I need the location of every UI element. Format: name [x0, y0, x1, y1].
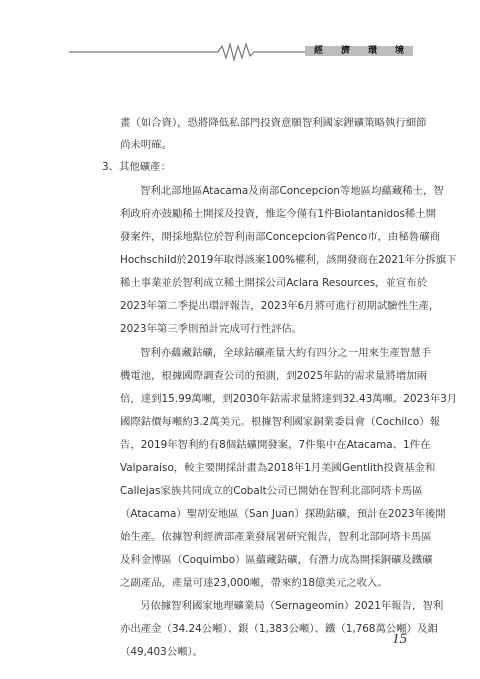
text-line: 智利北部地區Atacama及南部Concepcion等地區均蘊藏稀土，智 [140, 184, 444, 198]
text-line: 畫（如合資），恐將降低私部門投資意願智利國家鋰礦策略執行細節 [120, 116, 427, 130]
text-line: 倍，達到15.99萬噸，到2030年鈷需求量將達到32.43萬噸。2023年3月 [120, 392, 457, 406]
text-line: 亦出產金（34.24公噸）、銀（1,383公噸）、鐵（1,768萬公噸）及鉬 [120, 622, 438, 636]
text-line: Callejas家族共同成立的Cobalt公司已開始在智利北部阿塔卡馬區 [120, 484, 423, 498]
section-char: 環 [368, 46, 377, 56]
text-line: 發案件，開採地點位於智利南部Concepcion省Penco市，由秘魯礦商 [120, 230, 440, 244]
page-number: 15 [392, 631, 407, 648]
section-char: 境 [395, 46, 404, 56]
text-line: 始生產。依據智利經濟部產業發展署研究報告，智利北部阿塔卡馬區 [120, 530, 432, 544]
header-rule-with-zigzag-icon [0, 0, 480, 70]
text-line: 2023年第二季提出環評報告，2023年6月將可進行初期試驗性生產， [120, 299, 439, 313]
text-line: 另依據智利國家地理礦業局（Sernageomin）2021年報告，智利 [140, 599, 443, 613]
text-line: Hochschild於2019年取得該案100%權利，該開發商在2021年分拆旗… [120, 253, 457, 267]
text-line: Valparaiso，較主要開採計畫為2018年1月美國Gentlith投資基金… [120, 461, 435, 475]
section-char: 濟 [341, 46, 350, 56]
text-line: 稀土事業並於智利成立稀土開採公司Aclara Resources，並宣布於 [120, 276, 427, 290]
text-line: 2023年第三季則預計完成可行性評估。 [120, 322, 302, 336]
text-line: 機電池，根據國際調查公司的預測，到2025年鈷的需求量將增加兩 [120, 369, 427, 383]
running-header: 經 濟 環 境 [0, 0, 480, 70]
section-char: 經 [314, 46, 323, 56]
text-line: 告，2019年智利約有8個鈷礦開發案，7件集中在Atacama、1件在 [120, 438, 430, 452]
text-line: 之副產品，產量可達23,000噸，帶來約18億美元之收入。 [120, 576, 388, 590]
text-line: 智利亦蘊藏鈷礦，全球鈷礦產量大約有四分之一用來生產智慧手 [140, 346, 431, 360]
text-line: 3、其他礦產： [102, 160, 171, 174]
text-line: 尚未明確。 [120, 138, 172, 152]
text-line: （49,403公噸）。 [120, 645, 203, 659]
text-line: 國際鈷價每噸約3.2萬美元。根據智利國家銅業委員會（Cochilco）報 [120, 415, 440, 429]
section-title-tag: 經 濟 環 境 [305, 46, 413, 56]
text-line: （Atacama）聖胡安地區（San Juan）探勘鈷礦，預計在2023年後開 [120, 507, 446, 521]
text-line: 及科金博區（Coquimbo）區蘊藏鈷礦，有潛力成為開採銅礦及鐵礦 [120, 553, 433, 567]
text-line: 利政府亦鼓勵稀土開採及投資，惟迄今僅有1件Biolantanidos稀土開 [120, 207, 436, 221]
